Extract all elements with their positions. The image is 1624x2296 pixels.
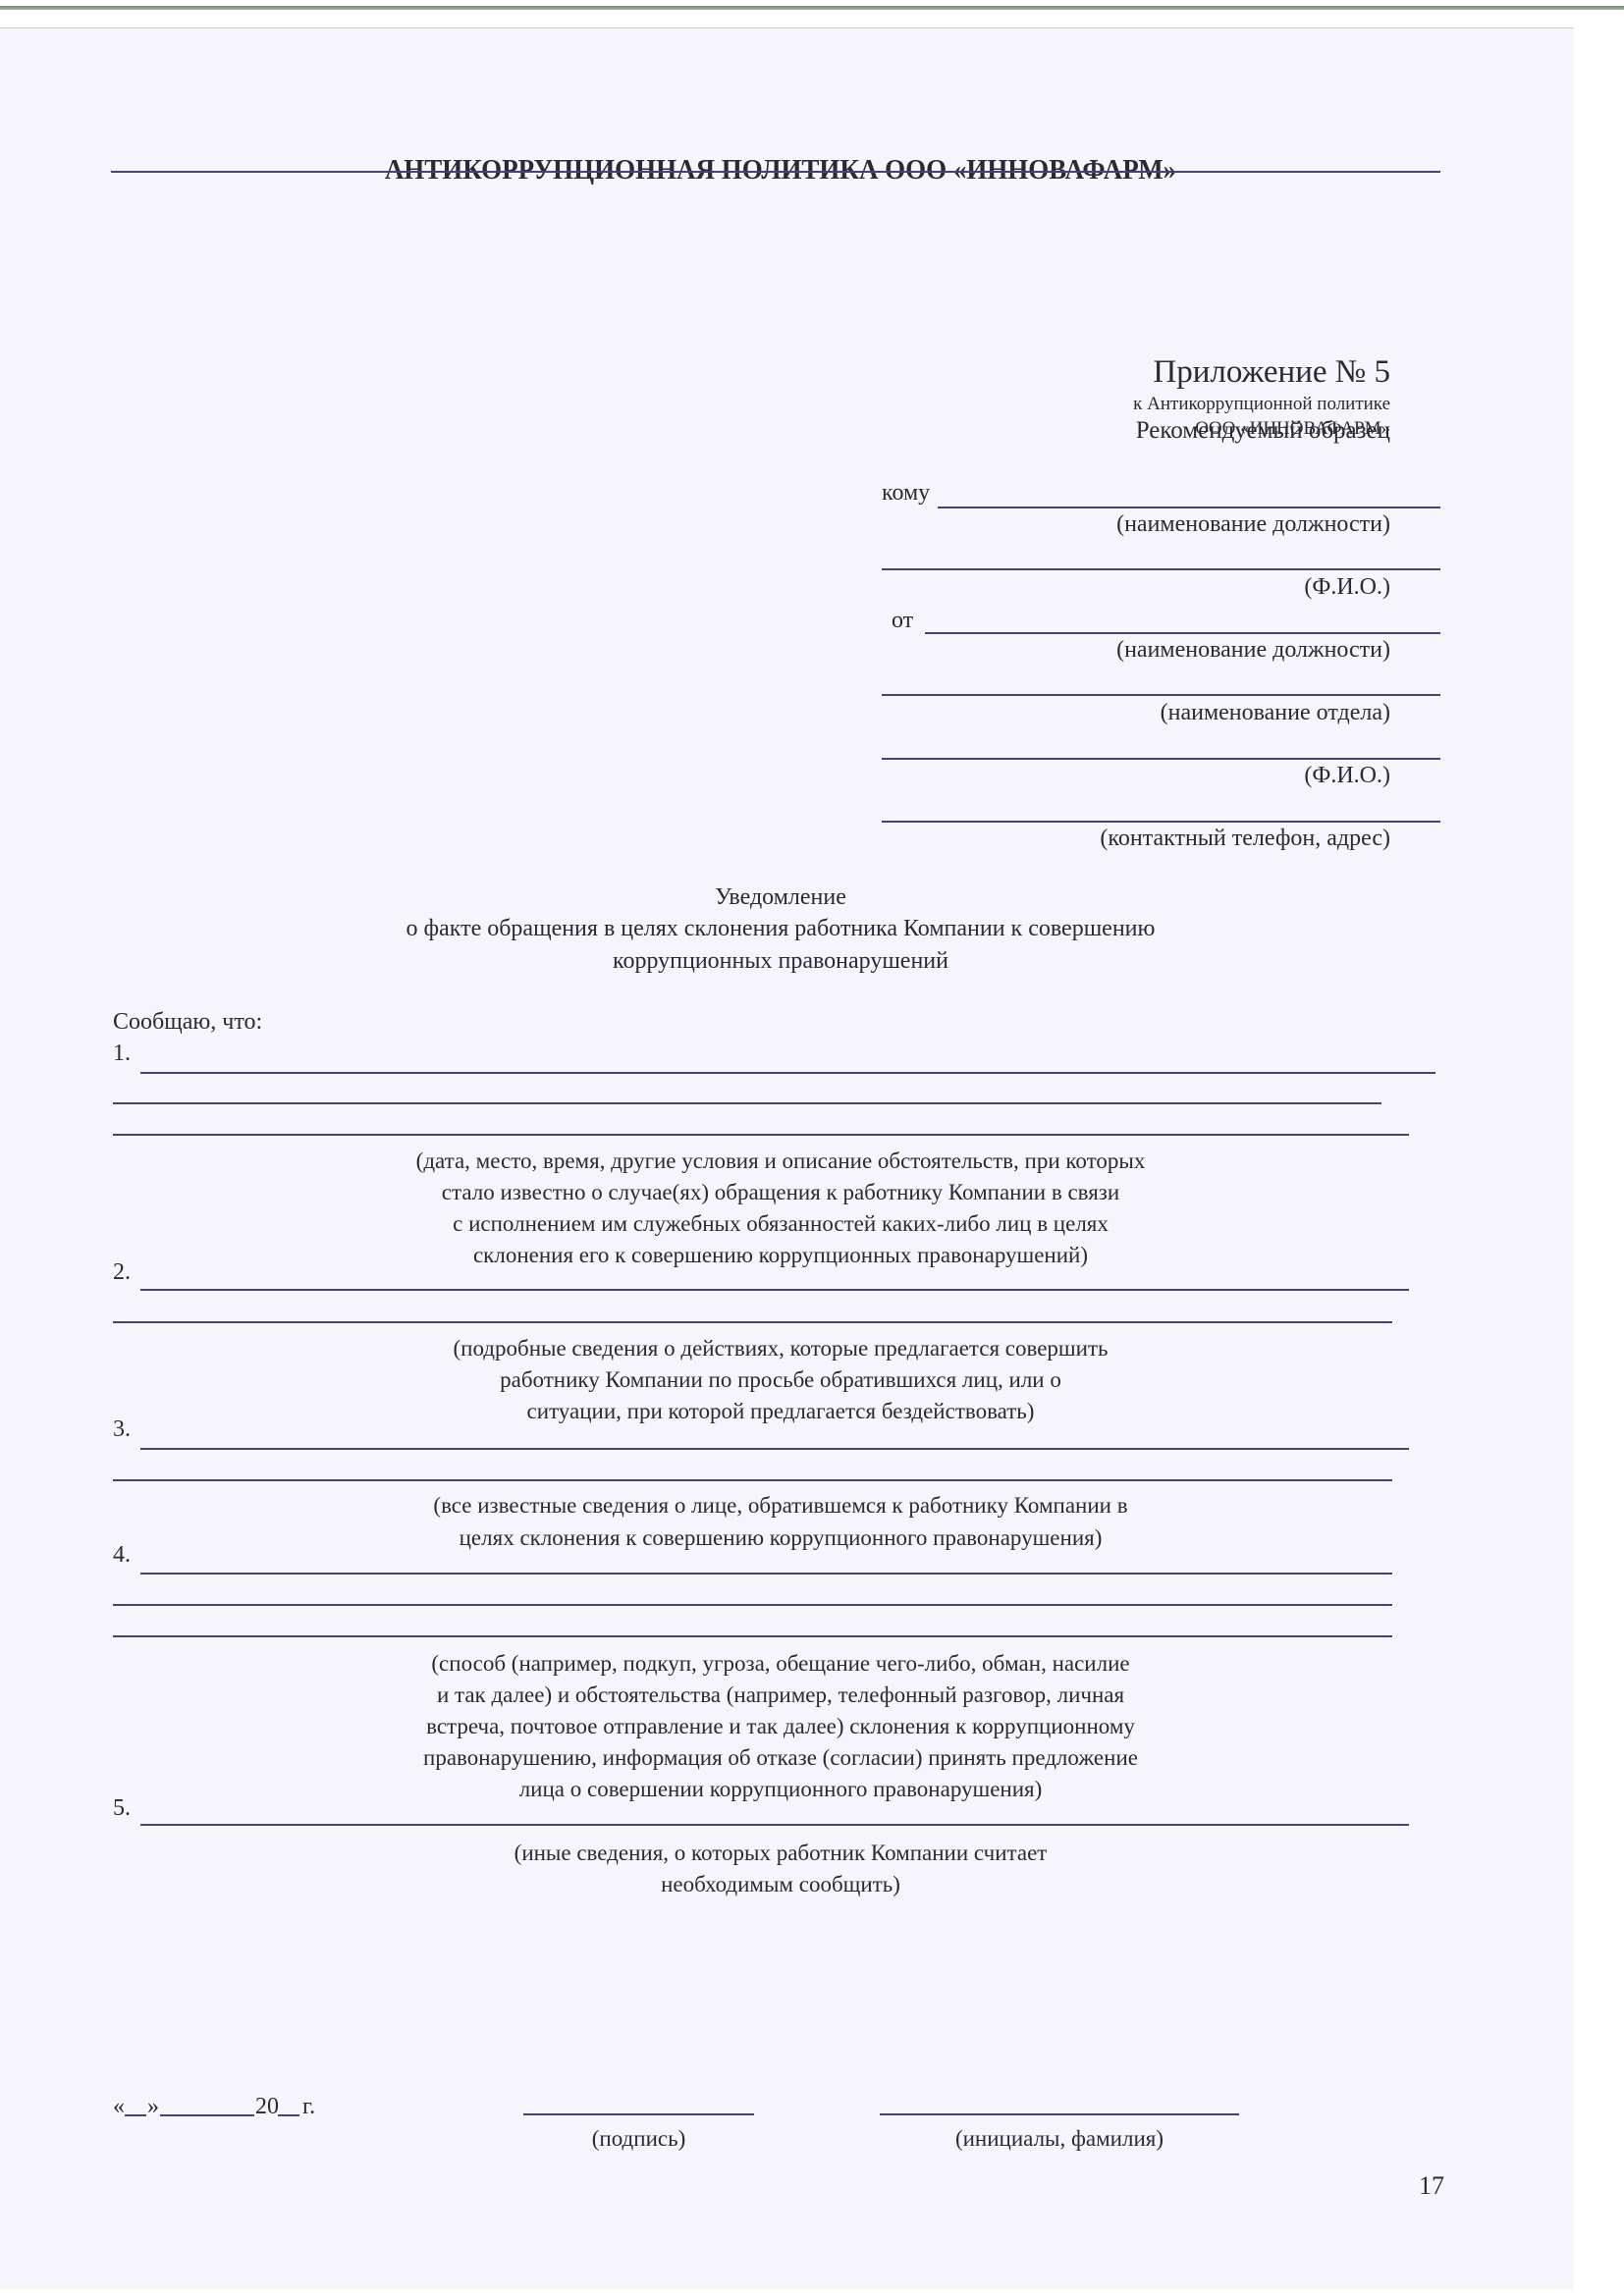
- header-rule: [111, 171, 1440, 173]
- date-day-field[interactable]: [125, 2114, 146, 2116]
- item-1-field-line-2[interactable]: [113, 1102, 1381, 1104]
- from-department-field[interactable]: [882, 694, 1440, 696]
- item-1-caption-1: (дата, место, время, другие условия и оп…: [0, 1148, 1561, 1174]
- from-position-field[interactable]: [925, 632, 1440, 634]
- item-4-number: 4.: [113, 1542, 131, 1569]
- to-position-field[interactable]: [938, 507, 1440, 508]
- appendix-title: Приложение № 5: [1153, 354, 1390, 391]
- date-close-quote: »: [147, 2094, 159, 2120]
- item-4-caption-3: встреча, почтовое отправление и так дале…: [0, 1714, 1561, 1739]
- item-3-caption-2: целях склонения к совершению коррупционн…: [0, 1525, 1561, 1551]
- date-year-suffix: г.: [302, 2094, 315, 2120]
- intro-text: Сообщаю, что:: [113, 1009, 262, 1036]
- item-2-caption-1: (подробные сведения о действиях, которые…: [0, 1336, 1561, 1362]
- date-year-field[interactable]: [278, 2114, 299, 2116]
- from-contact-field[interactable]: [882, 821, 1440, 823]
- from-contact-caption: (контактный телефон, адрес): [1100, 826, 1390, 852]
- signature-field[interactable]: [523, 2113, 754, 2115]
- item-3-field-line-2[interactable]: [113, 1479, 1392, 1481]
- to-name-caption: (Ф.И.О.): [1304, 574, 1390, 601]
- from-label: от: [892, 608, 913, 634]
- item-4-field-line-1[interactable]: [140, 1573, 1392, 1575]
- item-1-caption-4: склонения его к совершению коррупционных…: [0, 1243, 1561, 1268]
- scan-edge-shadow: [0, 6, 1624, 10]
- item-5-caption-2: необходимым сообщить): [0, 1872, 1561, 1897]
- name-caption: (инициалы, фамилия): [880, 2126, 1239, 2152]
- item-1-field-line-3[interactable]: [113, 1134, 1409, 1136]
- item-1-caption-2: стало известно о случае(ях) обращения к …: [0, 1180, 1561, 1205]
- item-2-caption-3: ситуации, при которой предлагается безде…: [0, 1399, 1561, 1424]
- recommended-sample-label: Рекомендуемый образец: [1136, 417, 1390, 445]
- date-year-prefix: 20: [255, 2094, 279, 2120]
- item-4-caption-1: (способ (например, подкуп, угроза, обеща…: [0, 1651, 1561, 1677]
- item-4-field-line-3[interactable]: [113, 1635, 1392, 1637]
- item-5-field-line-1[interactable]: [140, 1824, 1409, 1826]
- item-3-number: 3.: [113, 1416, 131, 1443]
- item-2-field-line-2[interactable]: [113, 1321, 1392, 1323]
- item-2-field-line-1[interactable]: [140, 1289, 1409, 1291]
- item-4-caption-5: лица о совершении коррупционного правона…: [0, 1777, 1561, 1802]
- notice-title: Уведомление: [0, 884, 1561, 911]
- item-1-field-line-1[interactable]: [140, 1072, 1435, 1074]
- date-month-field[interactable]: [160, 2114, 254, 2116]
- item-2-number: 2.: [113, 1259, 131, 1286]
- to-label: кому: [882, 480, 930, 507]
- document-page: АНТИКОРРУПЦИОННАЯ ПОЛИТИКА ООО «ИННОВАФА…: [0, 27, 1574, 2289]
- from-name-caption: (Ф.И.О.): [1304, 763, 1390, 789]
- from-name-field[interactable]: [882, 758, 1440, 760]
- item-1-caption-3: с исполнением им служебных обязанностей …: [0, 1211, 1561, 1237]
- item-3-field-line-1[interactable]: [140, 1448, 1409, 1450]
- date-open-quote: «: [113, 2094, 125, 2120]
- item-5-caption-1: (иные сведения, о которых работник Компа…: [0, 1841, 1561, 1866]
- from-position-caption: (наименование должности): [1116, 637, 1390, 664]
- signature-caption: (подпись): [523, 2126, 754, 2152]
- item-5-number: 5.: [113, 1795, 131, 1822]
- item-4-field-line-2[interactable]: [113, 1604, 1392, 1606]
- notice-subtitle-2: коррупционных правонарушений: [0, 948, 1561, 975]
- item-3-caption-1: (все известные сведения о лице, обративш…: [0, 1493, 1561, 1519]
- notice-subtitle-1: о факте обращения в целях склонения рабо…: [0, 916, 1561, 942]
- to-position-caption: (наименование должности): [1116, 511, 1390, 538]
- appendix-subtitle-1: к Антикоррупционной политике: [1133, 394, 1390, 415]
- item-4-caption-4: правонарушению, информация об отказе (со…: [0, 1745, 1561, 1771]
- to-name-field[interactable]: [882, 568, 1440, 570]
- name-field[interactable]: [880, 2113, 1239, 2115]
- from-department-caption: (наименование отдела): [1161, 700, 1390, 726]
- item-1-number: 1.: [113, 1041, 131, 1067]
- item-2-caption-2: работнику Компании по просьбе обративших…: [0, 1367, 1561, 1393]
- item-4-caption-2: и так далее) и обстоятельства (например,…: [0, 1682, 1561, 1708]
- page-number: 17: [1419, 2171, 1444, 2201]
